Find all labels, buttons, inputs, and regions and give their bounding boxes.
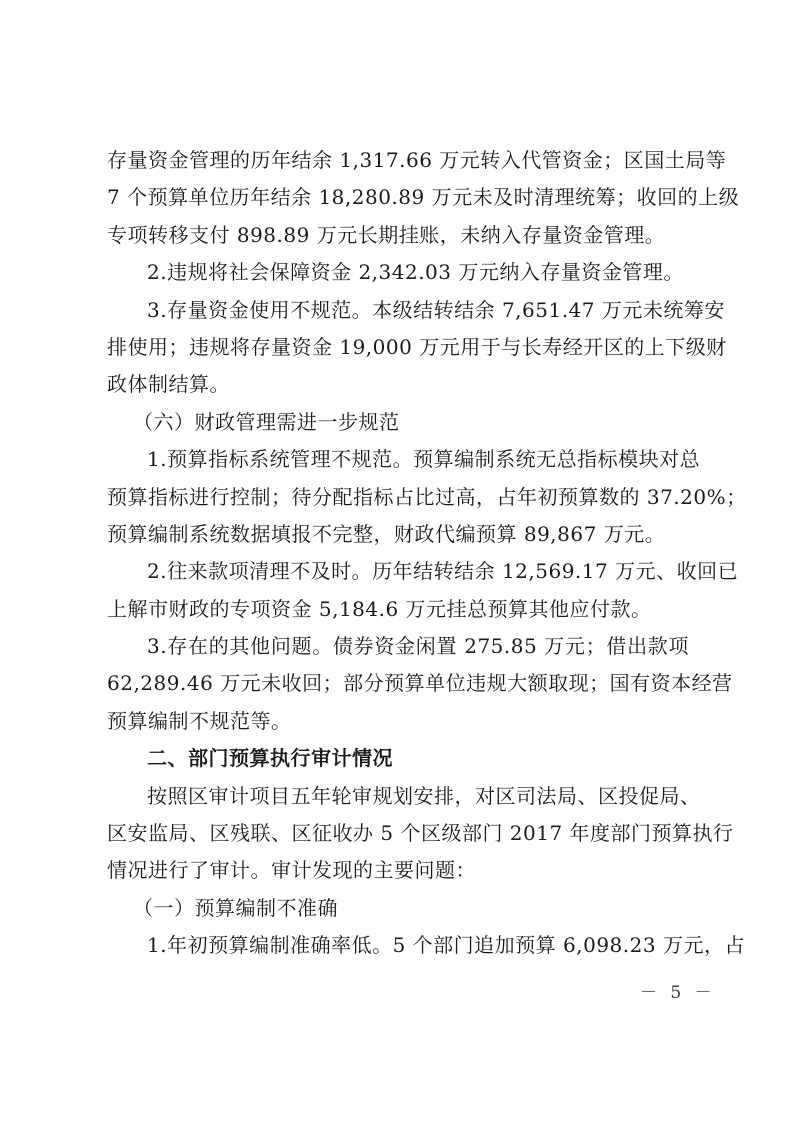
- paragraph-line: 专项转移支付 898.89 万元长期挂账，未纳入存量资金管理。: [107, 217, 689, 254]
- paragraph-line: 预算编制系统数据填报不完整，财政代编预算 89,867 万元。: [107, 516, 689, 553]
- section-subheading: （六）财政管理需进一步规范: [107, 404, 689, 441]
- paragraph-line: 存量资金管理的历年结余 1,317.66 万元转入代管资金；区国土局等: [107, 142, 689, 179]
- paragraph-line: 3.存在的其他问题。债券资金闲置 275.85 万元；借出款项: [107, 628, 689, 665]
- paragraph-line: 区安监局、区残联、区征收办 5 个区级部门 2017 年度部门预算执行: [107, 815, 689, 852]
- paragraph-line: 预算指标进行控制；待分配指标占比过高，占年初预算数的 37.20%；: [107, 479, 689, 516]
- paragraph-line: 1.预算指标系统管理不规范。预算编制系统无总指标模块对总: [107, 441, 689, 478]
- paragraph-line: 2.往来款项清理不及时。历年结转结余 12,569.17 万元、收回已: [107, 553, 689, 590]
- page-number: － 5 －: [640, 978, 716, 1003]
- section-heading: 二、部门预算执行审计情况: [107, 740, 689, 777]
- paragraph-line: 3.存量资金使用不规范。本级结转结余 7,651.47 万元未统筹安: [107, 292, 689, 329]
- paragraph-line: 排使用；违规将存量资金 19,000 万元用于与长寿经开区的上下级财: [107, 329, 689, 366]
- paragraph-line: 62,289.46 万元未收回；部分预算单位违规大额取现；国有资本经营: [107, 665, 689, 702]
- paragraph-line: 情况进行了审计。审计发现的主要问题：: [107, 852, 689, 889]
- paragraph-line: 按照区审计项目五年轮审规划安排，对区司法局、区投促局、: [107, 778, 689, 815]
- paragraph-line: 7 个预算单位历年结余 18,280.89 万元未及时清理统筹；收回的上级: [107, 179, 689, 216]
- body-text: 存量资金管理的历年结余 1,317.66 万元转入代管资金；区国土局等 7 个预…: [107, 142, 689, 965]
- paragraph-line: 政体制结算。: [107, 366, 689, 403]
- paragraph-line: 2.违规将社会保障资金 2,342.03 万元纳入存量资金管理。: [107, 254, 689, 291]
- paragraph-line: 1.年初预算编制准确率低。5 个部门追加预算 6,098.23 万元，占: [107, 927, 689, 964]
- document-page: 存量资金管理的历年结余 1,317.66 万元转入代管资金；区国土局等 7 个预…: [0, 0, 793, 1122]
- paragraph-line: 预算编制不规范等。: [107, 703, 689, 740]
- section-subheading: （一）预算编制不准确: [107, 890, 689, 927]
- paragraph-line: 上解市财政的专项资金 5,184.6 万元挂总预算其他应付款。: [107, 591, 689, 628]
